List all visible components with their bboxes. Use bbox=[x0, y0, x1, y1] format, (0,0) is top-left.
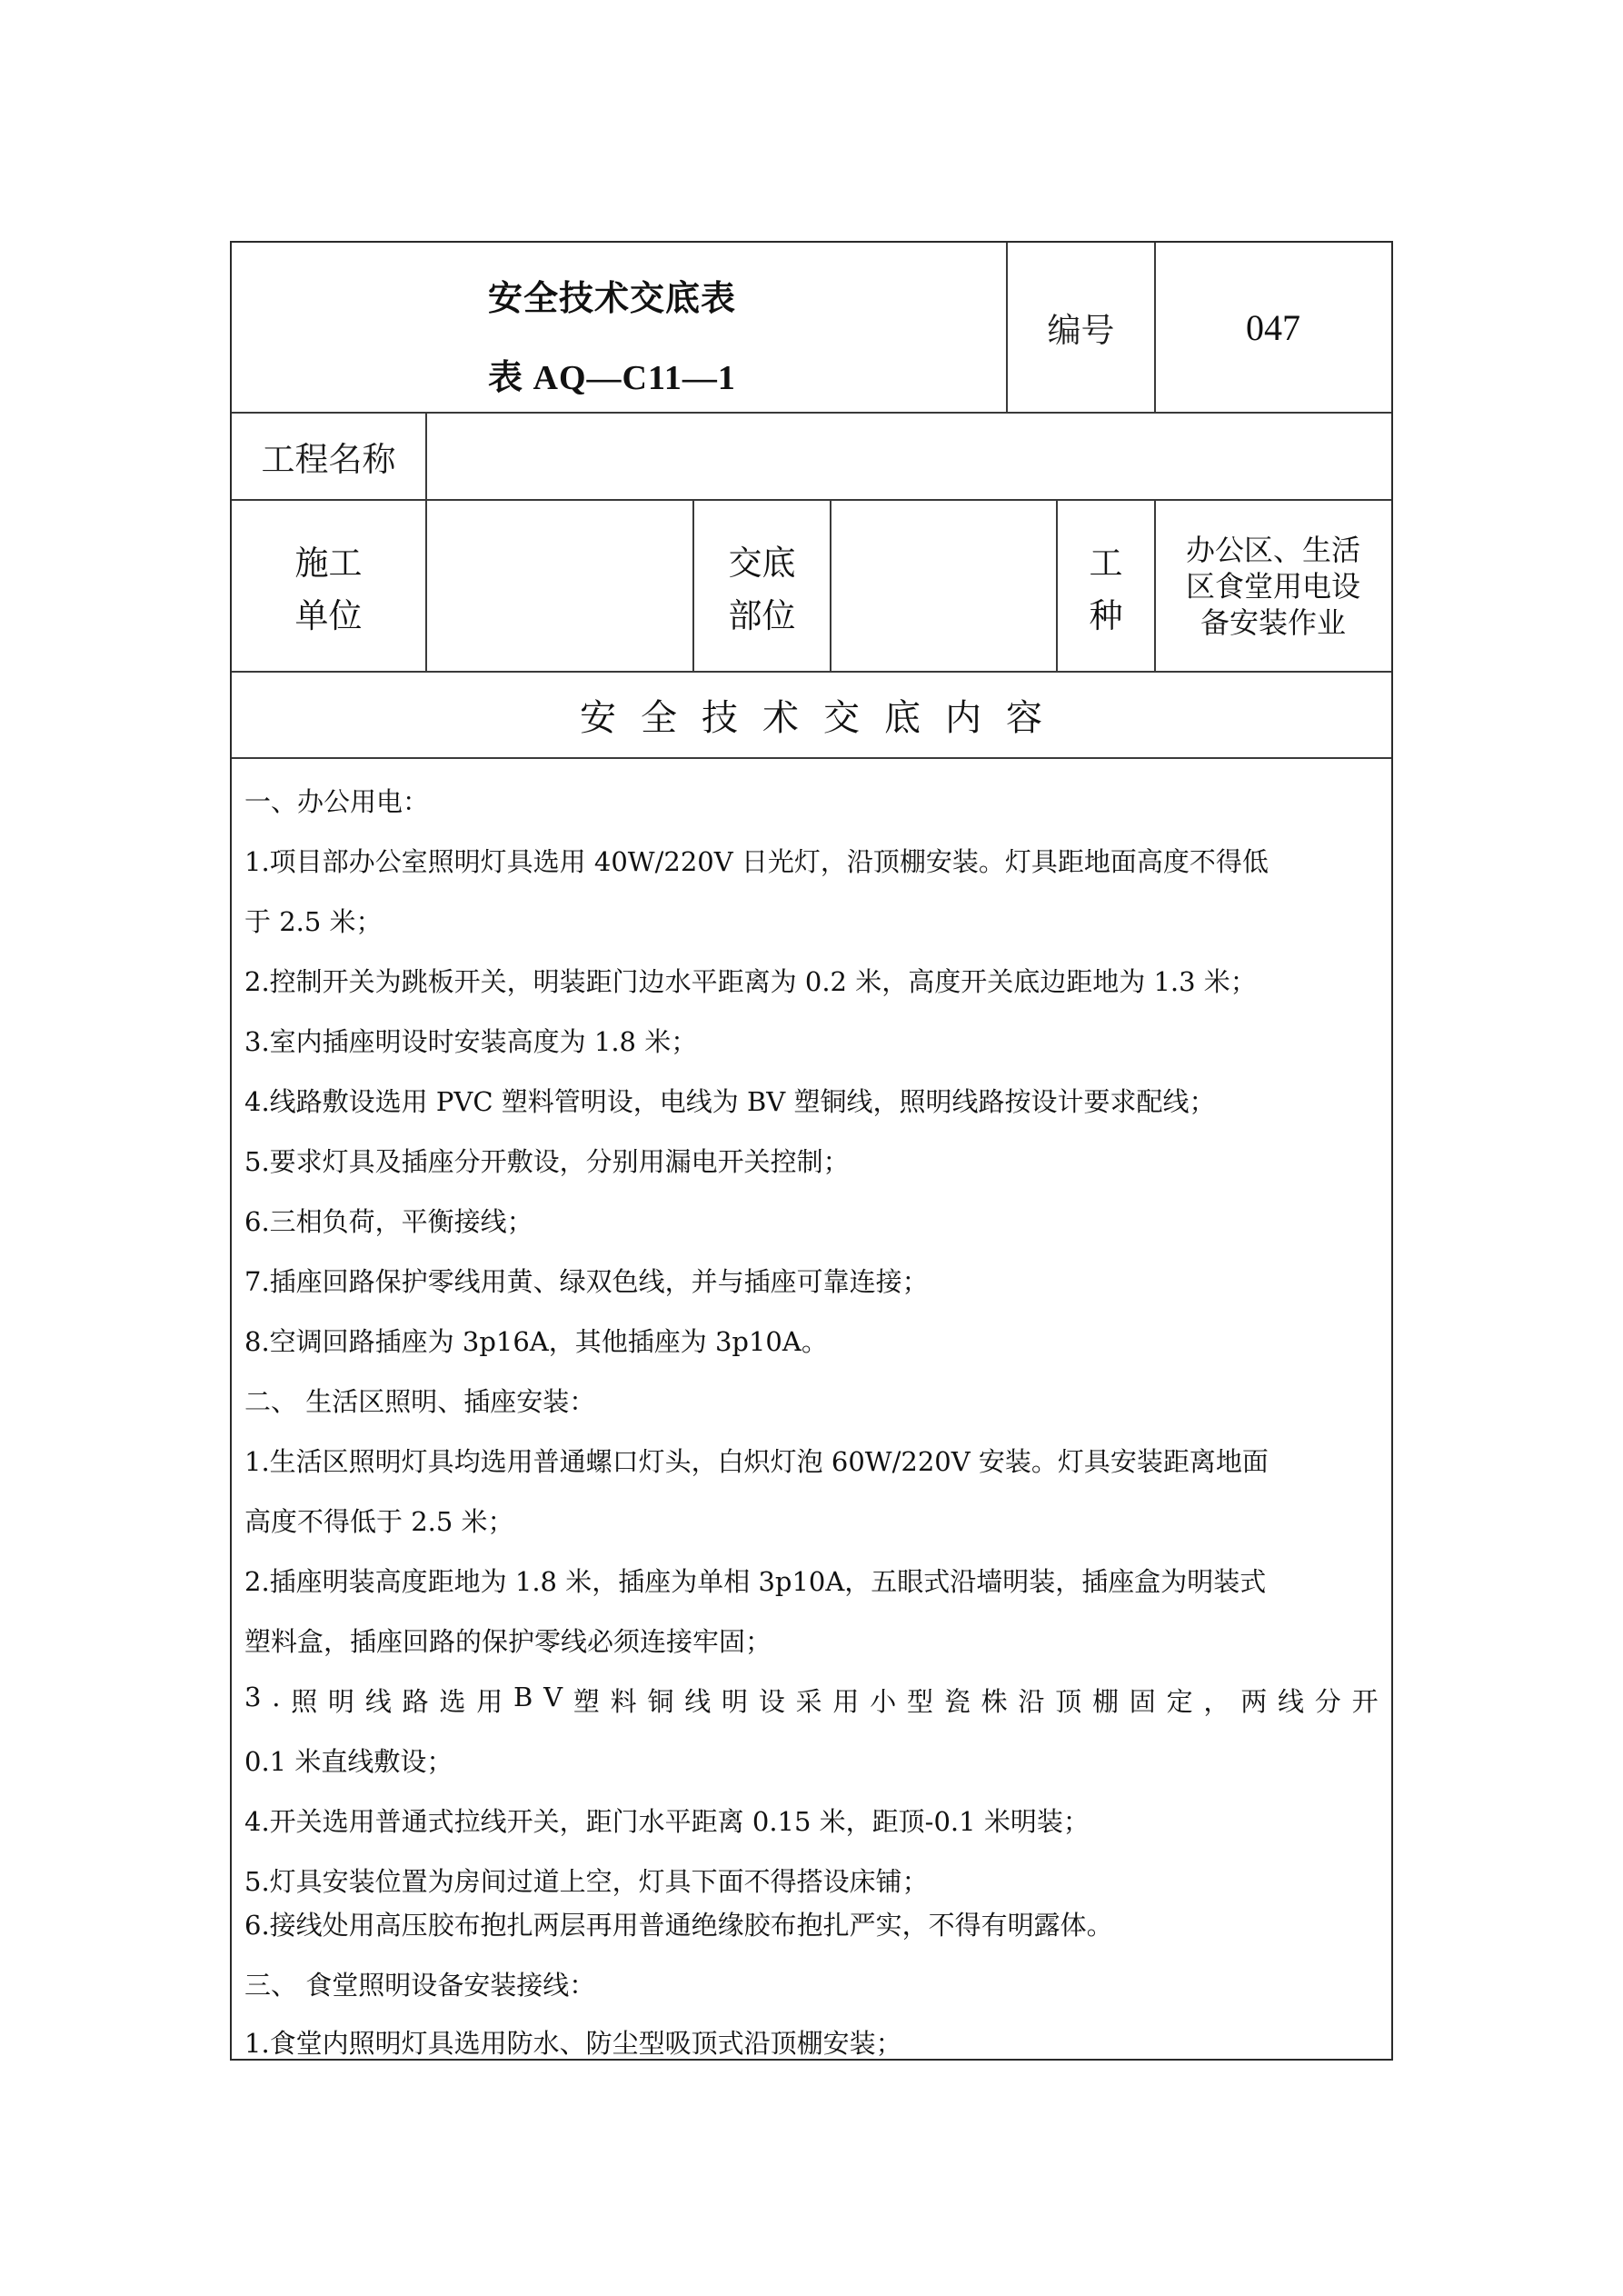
section-title-cell: 安全技术交底内容 bbox=[232, 673, 1390, 757]
unit-label-cell: 施工 单位 bbox=[232, 501, 425, 671]
worktype-label-cell: 工 种 bbox=[1058, 501, 1154, 671]
worktype-value-line: 办公区、生活 bbox=[1186, 532, 1360, 568]
title-block: 安全技术交底表 表 AQ—C11—1 bbox=[232, 243, 1008, 414]
row-divider bbox=[232, 757, 1391, 759]
content-line: 3.室内插座明设时安装高度为 1.8 米； bbox=[244, 1022, 1379, 1059]
location-label-line: 部位 bbox=[729, 588, 796, 637]
form-code: 表 AQ—C11—1 bbox=[488, 349, 736, 399]
form-title: 安全技术交底表 bbox=[488, 270, 736, 320]
content-line: 1.项目部办公室照明灯具选用 40W/220V 日光灯，沿顶棚安装。灯具距地面高… bbox=[244, 842, 1379, 879]
content-line: 1.食堂内照明灯具选用防水、防尘型吸顶式沿顶棚安装； bbox=[244, 2023, 1379, 2061]
number-label: 编号 bbox=[1048, 303, 1115, 352]
content-line: 8.空调回路插座为 3p16A，其他插座为 3p10A。 bbox=[244, 1322, 1379, 1359]
content-line: 于 2.5 米； bbox=[244, 902, 1379, 939]
content-line: 三、 食堂照明设备安装接线： bbox=[244, 1965, 1379, 2002]
worktype-label-line: 工 bbox=[1090, 535, 1123, 584]
worktype-value-line: 区食堂用电设 bbox=[1186, 568, 1360, 604]
worktype-value-line: 备安装作业 bbox=[1186, 604, 1360, 641]
number-value-cell: 047 bbox=[1156, 243, 1390, 412]
unit-label-line: 单位 bbox=[295, 588, 363, 637]
project-name-value-cell[interactable] bbox=[427, 414, 1390, 499]
project-name-label: 工程名称 bbox=[262, 432, 396, 481]
content-line: 二、 生活区照明、插座安装： bbox=[244, 1382, 1379, 1419]
content-line: 6.接线处用高压胶布抱扎两层再用普通绝缘胶布抱扎严实，不得有明露体。 bbox=[244, 1905, 1379, 1942]
content-line: 6.三相负荷，平衡接线； bbox=[244, 1202, 1379, 1239]
safety-briefing-form: 安全技术交底表 表 AQ—C11—1 编号 047 工程名称 施工 单位 交底 … bbox=[230, 241, 1393, 2061]
worktype-label-line: 种 bbox=[1090, 588, 1123, 637]
number-label-cell: 编号 bbox=[1008, 243, 1154, 412]
content-line: 7.插座回路保护零线用黄、绿双色线，并与插座可靠连接； bbox=[244, 1262, 1379, 1299]
unit-label-line: 施工 bbox=[295, 535, 363, 584]
content-line: 1.生活区照明灯具均选用普通螺口灯头，白炽灯泡 60W/220V 安装。灯具安装… bbox=[244, 1442, 1379, 1479]
location-value-cell[interactable] bbox=[831, 501, 1056, 671]
location-label-line: 交底 bbox=[729, 535, 796, 584]
worktype-value: 办公区、生活 区食堂用电设 备安装作业 bbox=[1179, 532, 1368, 641]
content-line: 4.开关选用普通式拉线开关，距门水平距离 0.15 米，距顶-0.1 米明装； bbox=[244, 1802, 1379, 1839]
number-value: 047 bbox=[1246, 306, 1300, 349]
content-line: 4.线路敷设选用 PVC 塑料管明设，电线为 BV 塑铜线，照明线路按设计要求配… bbox=[244, 1082, 1379, 1119]
content-line: 5.灯具安装位置为房间过道上空，灯具下面不得搭设床铺； bbox=[244, 1862, 1379, 1899]
unit-label: 施工 单位 bbox=[295, 535, 363, 637]
content-line: 塑料盒，插座回路的保护零线必须连接牢固； bbox=[244, 1622, 1379, 1659]
location-label: 交底 部位 bbox=[729, 535, 796, 637]
content-line: 3.照明线路选用BV塑料铜线明设采用小型瓷株沿顶棚固定，两线分开 bbox=[244, 1682, 1379, 1719]
content-line: 一、办公用电： bbox=[244, 782, 1379, 819]
content-line: 2.控制开关为跳板开关，明装距门边水平距离为 0.2 米，高度开关底边距地为 1… bbox=[244, 962, 1379, 999]
content-line: 高度不得低于 2.5 米； bbox=[244, 1502, 1379, 1539]
unit-value-cell[interactable] bbox=[427, 501, 692, 671]
worktype-label: 工 种 bbox=[1090, 535, 1123, 637]
content-line: 5.要求灯具及插座分开敷设，分别用漏电开关控制； bbox=[244, 1142, 1379, 1179]
location-label-cell: 交底 部位 bbox=[694, 501, 830, 671]
worktype-value-cell: 办公区、生活 区食堂用电设 备安装作业 bbox=[1156, 501, 1390, 671]
content-line: 0.1 米直线敷设； bbox=[244, 1742, 1379, 1779]
section-title: 安全技术交底内容 bbox=[555, 689, 1067, 741]
content-line: 2.插座明装高度距地为 1.8 米，插座为单相 3p10A，五眼式沿墙明装，插座… bbox=[244, 1562, 1379, 1599]
project-name-label-cell: 工程名称 bbox=[232, 414, 425, 499]
